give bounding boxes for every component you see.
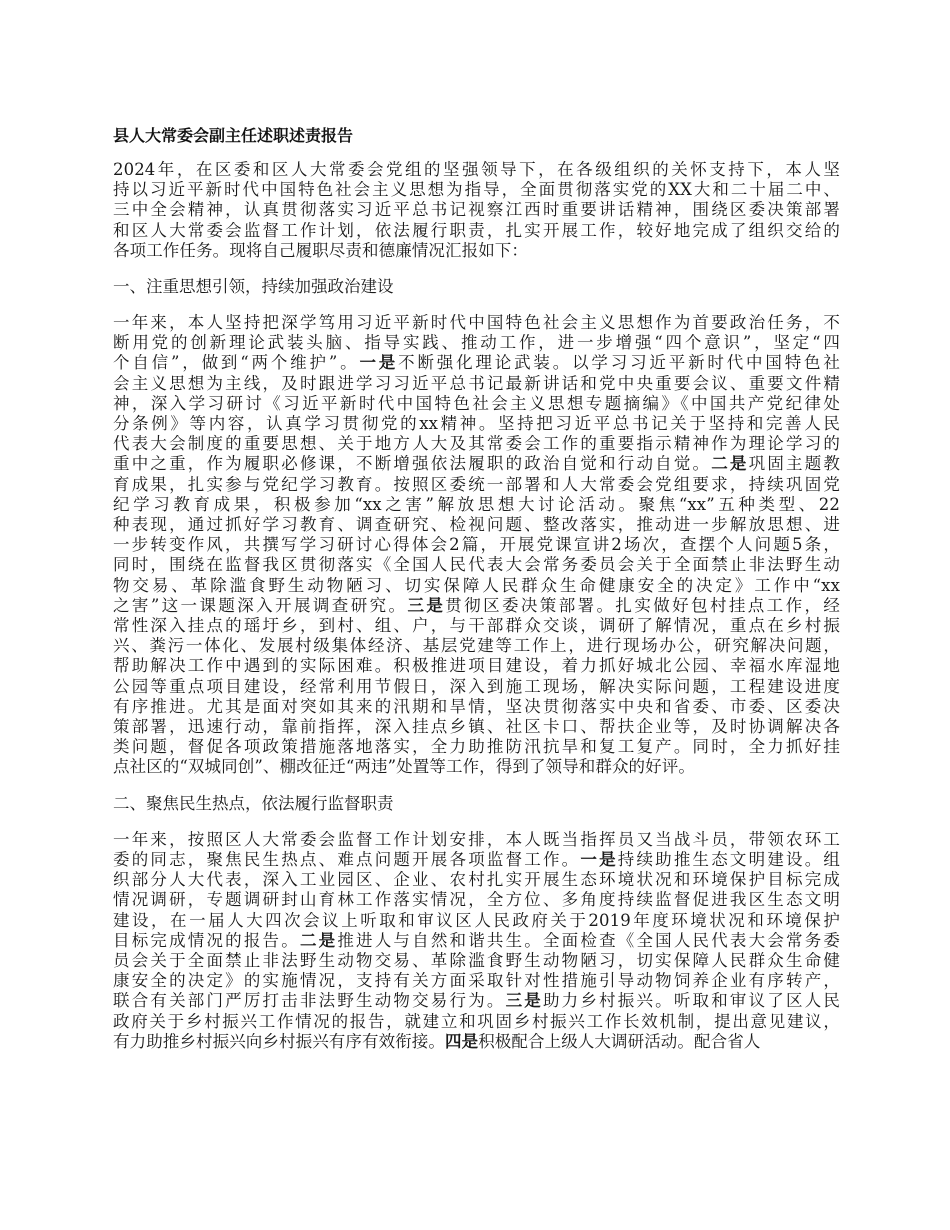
text-line: 联合有关部门严厉打击非法野生动物交易行为。三是助力乡村振兴。听取和审议了区人民	[113, 991, 840, 1011]
text-line: 物交易、革除滥食野生动物陋习、切实保障人民群众生命健康安全的决定》工作中“xx	[113, 576, 840, 596]
line-text: 一年来，按照区人大常委会监督工作计划安排，本人既当指挥员又当战斗员，带领农环工	[113, 830, 840, 849]
emphasis-marker: 四是	[445, 1032, 478, 1051]
emphasis-marker: 二是	[300, 931, 337, 950]
line-text: 委的同志，聚焦民生热点、难点问题开展各项监督工作。	[113, 850, 580, 869]
emphasis-marker: 二是	[711, 454, 748, 473]
line-text: 代表大会制度的重要思想、关于地方人大及其常委会工作的重要指示精神作为理论学习的	[113, 434, 840, 453]
intro-paragraph: 2024年，在区委和区人大常委会党组的坚强领导下，在各级组织的关怀支持下，本人坚…	[113, 160, 840, 261]
text-line: 有序推进。尤其是面对突如其来的汛期和旱情，坚决贯彻落实中央和省委、市委、区委决	[113, 697, 840, 717]
line-text: 类问题，督促各项政策措施落地落实，全力助推防汛抗旱和复工复产。同时，全力抓好挂	[113, 737, 840, 756]
line-text: 不断强化理论武装。以学习习近平新时代中国特色社	[398, 353, 840, 372]
text-line: 帮助解决工作中遇到的实际困难。积极推进项目建设，着力抓好城北公园、幸福水库湿地	[113, 656, 840, 676]
text-line: 目标完成情况的报告。二是推进人与自然和谐共生。全面检查《全国人民代表大会常务委	[113, 931, 840, 951]
line-text: 员会关于全面禁止非法野生动物交易、革除滥食野生动物陋习，切实保障人民群众生命健	[113, 951, 840, 970]
line-text: 织部分人大代表，深入工业园区、企业、农村扎实开展生态环境状况和环境保护目标完成	[113, 870, 840, 889]
text-line: 2024年，在区委和区人大常委会党组的坚强领导下，在各级组织的关怀支持下，本人坚	[113, 160, 840, 180]
line-text: 助力乡村振兴。听取和审议了区人民	[543, 991, 840, 1010]
text-line: 持以习近平新时代中国特色社会主义思想为指导，全面贯彻落实党的XX大和二十届二中、	[113, 180, 840, 200]
line-text: 物交易、革除滥食野生动物陋习、切实保障人民群众生命健康安全的决定》工作中“xx	[113, 576, 840, 595]
line-text: 公园等重点项目建设，经常利用节假日，深入到施工现场，解决实际问题，工程建设进度	[113, 677, 840, 696]
text-line: 建设，在一届人大四次会议上听取和审议区人民政府关于2019年度环境状况和环境保护	[113, 911, 840, 931]
text-line: 有力助推乡村振兴向乡村振兴有序有效衔接。四是积极配合上级人大调研活动。配合省人	[113, 1032, 840, 1052]
line-text: 积极配合上级人大调研活动。配合省人	[478, 1032, 760, 1051]
line-text: 情况调研，专题调研封山育林工作落实情况，全方位、多角度持续监督促进我区生态文明	[113, 890, 840, 909]
section-1-paragraph: 一年来，本人坚持把深学笃用习近平新时代中国特色社会主义思想作为首要政治任务，不断…	[113, 313, 840, 778]
line-text: 康安全的决定》的实施情况，支持有关方面采取针对性措施引导动物饲养企业有序转产，	[113, 971, 840, 990]
text-line: 同时，围绕在监督我区贯彻落实《全国人民代表大会常务委员会关于全面禁止非法野生动	[113, 555, 840, 575]
line-text: 策部署，迅速行动，靠前指挥，深入挂点乡镇、社区卡口、帮扶企业等，及时协调解决各	[113, 717, 840, 736]
line-text: 个自信”，做到“两个维护”。	[113, 353, 359, 372]
text-line: 纪学习教育成果，积极参加“xx之害”解放思想大讨论活动。聚焦“xx”五种类型、2…	[113, 495, 840, 515]
text-line: 情况调研，专题调研封山育林工作落实情况，全方位、多角度持续监督促进我区生态文明	[113, 890, 840, 910]
text-line: 断用党的创新理论武装头脑、指导实践、推动工作，进一步增强“四个意识”，坚定“四	[113, 333, 840, 353]
line-text: 推进人与自然和谐共生。全面检查《全国人民代表大会常务委	[337, 931, 840, 950]
line-text: 种表现，通过抓好学习教育、调查研究、检视问题、整改落实，推动进一步解放思想、进	[113, 515, 840, 534]
text-line: 代表大会制度的重要思想、关于地方人大及其常委会工作的重要指示精神作为理论学习的	[113, 434, 840, 454]
line-text: 贯彻区委决策部署。扎实做好包村挂点工作，经	[445, 596, 840, 615]
line-text: 一年来，本人坚持把深学笃用习近平新时代中国特色社会主义思想作为首要政治任务，不	[113, 313, 840, 332]
line-text: 常性深入挂点的瑶圩乡，到村、组、户，与干部群众交谈，调研了解情况，重点在乡村振	[113, 616, 840, 635]
line-text: 纪学习教育成果，积极参加“xx之害”解放思想大讨论活动。聚焦“xx”五种类型、2…	[113, 495, 840, 514]
text-line: 重中之重，作为履职必修课，不断增强依法履职的政治自觉和行动自觉。二是巩固主题教	[113, 454, 840, 474]
text-line: 育成果，扎实参与党纪学习教育。按照区委统一部署和人大常委会党组要求，持续巩固党	[113, 475, 840, 495]
text-line: 点社区的“双城同创”、棚改征迁“两违”处置等工作，得到了领导和群众的好评。	[113, 757, 840, 777]
line-text: 会主义思想为主线，及时跟进学习习近平总书记最新讲话和党中央重要会议、重要文件精	[113, 374, 840, 393]
text-line: 一年来，按照区人大常委会监督工作计划安排，本人既当指挥员又当战斗员，带领农环工	[113, 830, 840, 850]
line-text: 点社区的“双城同创”、棚改征迁“两违”处置等工作，得到了领导和群众的好评。	[113, 757, 695, 776]
document-title: 县人大常委会副主任述职述责报告	[113, 124, 840, 148]
line-text: 有力助推乡村振兴向乡村振兴有序有效衔接。	[113, 1032, 445, 1051]
text-line: 类问题，督促各项政策措施落地落实，全力助推防汛抗旱和复工复产。同时，全力抓好挂	[113, 737, 840, 757]
emphasis-marker: 一是	[580, 850, 617, 869]
line-text: 育成果，扎实参与党纪学习教育。按照区委统一部署和人大常委会党组要求，持续巩固党	[113, 475, 840, 494]
text-line: 一步转变作风，共撰写学习研讨心得体会2篇，开展党课宣讲2场次，查摆个人问题5条，	[113, 535, 840, 555]
line-text: 联合有关部门严厉打击非法野生动物交易行为。	[113, 991, 506, 1010]
text-line: 各项工作任务。现将自己履职尽责和德廉情况汇报如下：	[113, 241, 840, 261]
line-text: 帮助解决工作中遇到的实际困难。积极推进项目建设，着力抓好城北公园、幸福水库湿地	[113, 656, 840, 675]
emphasis-marker: 三是	[407, 596, 445, 615]
line-text: 断用党的创新理论武装头脑、指导实践、推动工作，进一步增强“四个意识”，坚定“四	[113, 333, 840, 352]
text-line: 种表现，通过抓好学习教育、调查研究、检视问题、整改落实，推动进一步解放思想、进	[113, 515, 840, 535]
text-line: 康安全的决定》的实施情况，支持有关方面采取针对性措施引导动物饲养企业有序转产，	[113, 971, 840, 991]
section-1-heading: 一、注重思想引领，持续加强政治建设	[113, 277, 840, 297]
section-2-heading: 二、聚焦民生热点，依法履行监督职责	[113, 794, 840, 814]
text-line: 织部分人大代表，深入工业园区、企业、农村扎实开展生态环境状况和环境保护目标完成	[113, 870, 840, 890]
line-text: 神，深入学习研讨《习近平新时代中国特色社会主义思想专题摘编》《中国共产党纪律处	[113, 394, 840, 413]
text-line: 神，深入学习研讨《习近平新时代中国特色社会主义思想专题摘编》《中国共产党纪律处	[113, 394, 840, 414]
line-text: 政府关于乡村振兴工作情况的报告，就建立和巩固乡村振兴工作长效机制，提出意见建议，	[113, 1012, 840, 1031]
text-line: 会主义思想为主线，及时跟进学习习近平总书记最新讲话和党中央重要会议、重要文件精	[113, 374, 840, 394]
text-line: 员会关于全面禁止非法野生动物交易、革除滥食野生动物陋习，切实保障人民群众生命健	[113, 951, 840, 971]
line-text: 目标完成情况的报告。	[113, 931, 300, 950]
text-line: 委的同志，聚焦民生热点、难点问题开展各项监督工作。一是持续助推生态文明建设。组	[113, 850, 840, 870]
line-text: 巩固主题教	[749, 454, 840, 473]
line-text: 重中之重，作为履职必修课，不断增强依法履职的政治自觉和行动自觉。	[113, 454, 711, 473]
text-line: 个自信”，做到“两个维护”。一是不断强化理论武装。以学习习近平新时代中国特色社	[113, 353, 840, 373]
text-line: 常性深入挂点的瑶圩乡，到村、组、户，与干部群众交谈，调研了解情况，重点在乡村振	[113, 616, 840, 636]
text-line: 三中全会精神，认真贯彻落实习近平总书记视察江西时重要讲话精神，围绕区委决策部署	[113, 200, 840, 220]
text-line: 分条例》等内容，认真学习贯彻党的xx精神。坚持把习近平总书记关于坚持和完善人民	[113, 414, 840, 434]
text-line: 兴、粪污一体化、发展村级集体经济、基层党建等工作上，进行现场办公，研究解决问题，	[113, 636, 840, 656]
section-2-paragraph: 一年来，按照区人大常委会监督工作计划安排，本人既当指挥员又当战斗员，带领农环工委…	[113, 830, 840, 1052]
document-page: 县人大常委会副主任述职述责报告 2024年，在区委和区人大常委会党组的坚强领导下…	[113, 124, 840, 1068]
line-text: 建设，在一届人大四次会议上听取和审议区人民政府关于2019年度环境状况和环境保护	[113, 911, 840, 930]
text-line: 和区人大常委会监督工作计划，依法履行职责，扎实开展工作，较好地完成了组织交给的	[113, 221, 840, 241]
line-text: 分条例》等内容，认真学习贯彻党的xx精神。坚持把习近平总书记关于坚持和完善人民	[113, 414, 840, 433]
line-text: 兴、粪污一体化、发展村级集体经济、基层党建等工作上，进行现场办公，研究解决问题，	[113, 636, 840, 655]
text-line: 公园等重点项目建设，经常利用节假日，深入到施工现场，解决实际问题，工程建设进度	[113, 677, 840, 697]
line-text: 有序推进。尤其是面对突如其来的汛期和旱情，坚决贯彻落实中央和省委、市委、区委决	[113, 697, 840, 716]
text-line: 政府关于乡村振兴工作情况的报告，就建立和巩固乡村振兴工作长效机制，提出意见建议，	[113, 1012, 840, 1032]
text-line: 策部署，迅速行动，靠前指挥，深入挂点乡镇、社区卡口、帮扶企业等，及时协调解决各	[113, 717, 840, 737]
emphasis-marker: 一是	[359, 353, 398, 372]
text-line: 一年来，本人坚持把深学笃用习近平新时代中国特色社会主义思想作为首要政治任务，不	[113, 313, 840, 333]
line-text: 同时，围绕在监督我区贯彻落实《全国人民代表大会常务委员会关于全面禁止非法野生动	[113, 555, 840, 574]
text-line: 之害”这一课题深入开展调查研究。三是贯彻区委决策部署。扎实做好包村挂点工作，经	[113, 596, 840, 616]
line-text: 持续助推生态文明建设。组	[618, 850, 840, 869]
emphasis-marker: 三是	[506, 991, 543, 1010]
line-text: 之害”这一课题深入开展调查研究。	[113, 596, 407, 615]
line-text: 一步转变作风，共撰写学习研讨心得体会2篇，开展党课宣讲2场次，查摆个人问题5条，	[113, 535, 840, 554]
